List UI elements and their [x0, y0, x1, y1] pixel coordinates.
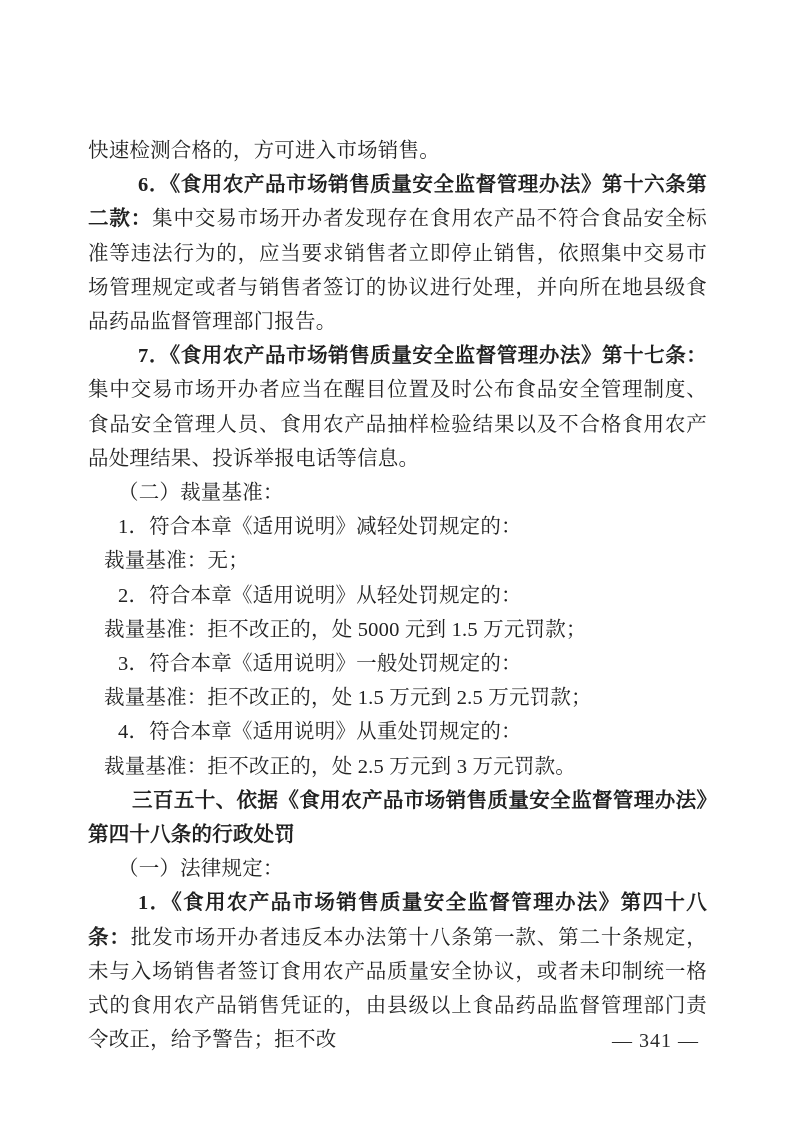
basis-line-1-text: 裁量基准：无；	[104, 550, 249, 572]
list-item-1-text: 1．符合本章《适用说明》减轻处罚规定的：	[118, 516, 522, 538]
list-item-4-text: 4．符合本章《适用说明》从重处罚规定的：	[118, 721, 522, 743]
para-article-16: 6．《食用农产品市场销售质量安全监督管理办法》第十六条第二款：集中交易市场开办者…	[88, 168, 707, 339]
section-heading-350: 三百五十、依据《食用农产品市场销售质量安全监督管理办法》第四十八条的行政处罚	[88, 784, 707, 852]
list-item-3: 3．符合本章《适用说明》一般处罚规定的：	[88, 647, 707, 681]
document-body: 快速检测合格的，方可进入市场销售。 6．《食用农产品市场销售质量安全监督管理办法…	[88, 134, 707, 1057]
basis-line-4-text: 裁量基准：拒不改正的，处 2.5 万元到 3 万元罚款。	[104, 756, 576, 778]
para-article-16-text: 集中交易市场开办者发现存在食用农产品不符合食品安全标准等违法行为的，应当要求销售…	[88, 208, 707, 333]
subheading-legal-provision: （一）法律规定：	[88, 852, 707, 886]
list-item-3-text: 3．符合本章《适用说明》一般处罚规定的：	[118, 653, 522, 675]
para-article-17: 7．《食用农产品市场销售质量安全监督管理办法》第十七条：集中交易市场开办者应当在…	[88, 339, 707, 476]
para-article-17-text: 集中交易市场开办者应当在醒目位置及时公布食品安全管理制度、食品安全管理人员、食用…	[88, 379, 707, 469]
subheading-legal-provision-text: （一）法律规定：	[118, 858, 284, 880]
subheading-discretion-basis-text: （二）裁量基准：	[118, 482, 284, 504]
list-item-2: 2．符合本章《适用说明》从轻处罚规定的：	[88, 579, 707, 613]
basis-line-3-text: 裁量基准：拒不改正的，处 1.5 万元到 2.5 万元罚款；	[104, 687, 592, 709]
subheading-discretion-basis: （二）裁量基准：	[88, 476, 707, 510]
basis-line-1: 裁量基准：无；	[88, 544, 707, 578]
basis-line-2-text: 裁量基准：拒不改正的，处 5000 元到 1.5 万元罚款；	[104, 619, 587, 641]
list-item-1: 1．符合本章《适用说明》减轻处罚规定的：	[88, 510, 707, 544]
para-continuation: 快速检测合格的，方可进入市场销售。	[88, 134, 707, 168]
list-item-2-text: 2．符合本章《适用说明》从轻处罚规定的：	[118, 585, 522, 607]
para-continuation-text: 快速检测合格的，方可进入市场销售。	[88, 140, 440, 162]
page-number-label: — 341 —	[612, 1030, 699, 1052]
page-number: — 341 —	[612, 1030, 699, 1052]
basis-line-3: 裁量基准：拒不改正的，处 1.5 万元到 2.5 万元罚款；	[88, 681, 707, 715]
section-heading-350-text: 三百五十、依据《食用农产品市场销售质量安全监督管理办法》第四十八条的行政处罚	[88, 789, 707, 846]
basis-line-4: 裁量基准：拒不改正的，处 2.5 万元到 3 万元罚款。	[88, 750, 707, 784]
document-page: 快速检测合格的，方可进入市场销售。 6．《食用农产品市场销售质量安全监督管理办法…	[0, 0, 793, 1122]
para-article-17-lead: 7．《食用农产品市场销售质量安全监督管理办法》第十七条：	[138, 345, 707, 367]
basis-line-2: 裁量基准：拒不改正的，处 5000 元到 1.5 万元罚款；	[88, 613, 707, 647]
list-item-4: 4．符合本章《适用说明》从重处罚规定的：	[88, 715, 707, 749]
